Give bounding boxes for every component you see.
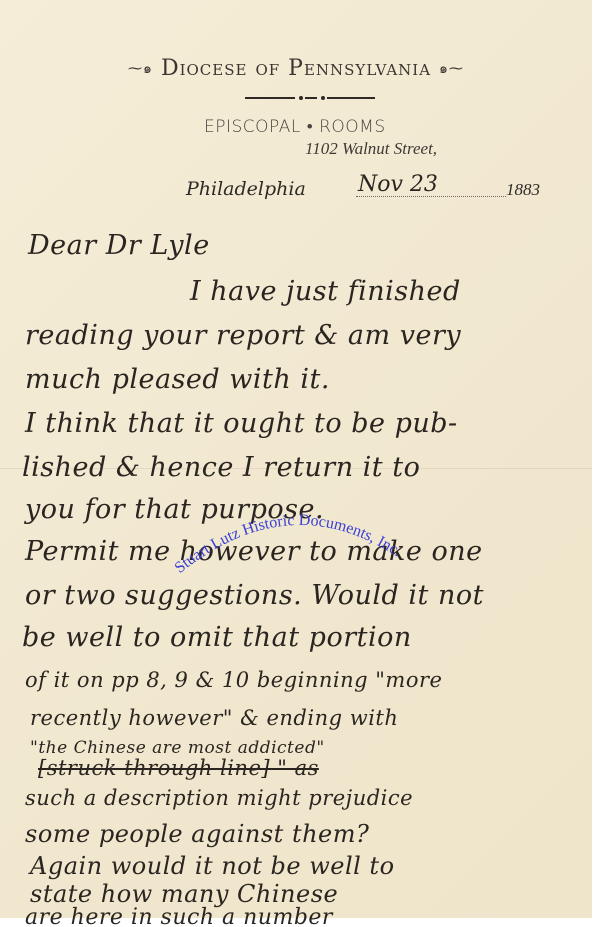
letter-line: are here in such a number [25, 905, 333, 927]
letterhead-subheading: EPISCOPAL • ROOMS [204, 117, 386, 137]
salutation: Dear Dr Lyle [28, 230, 210, 261]
letter-line: some people against them? [25, 820, 369, 848]
watermark-text: Stuart Lutz Historic Documents, Inc. [172, 512, 405, 577]
year: 1883 [506, 180, 540, 200]
dateline: Philadelphia Nov 23 1883 [186, 178, 546, 202]
letter-line: such a description might prejudice [25, 786, 413, 810]
letter-line: I have just finished [190, 276, 461, 307]
letter-line-struck: [struck-through line] " as [38, 756, 319, 780]
flourish-left-icon: ⁓๑ [128, 58, 153, 80]
letter-line: state how many Chinese [30, 880, 338, 908]
city-name: Philadelphia [186, 178, 306, 200]
svg-text:Stuart Lutz Historic Documents: Stuart Lutz Historic Documents, Inc. [172, 512, 405, 577]
handwritten-date: Nov 23 [358, 172, 438, 197]
diocese-name: Diocese of Pennsylvania [161, 56, 431, 81]
letter-line: I think that it ought to be pub- [25, 408, 458, 439]
flourish-right-icon: ๑⁓ [439, 58, 464, 80]
letter-line-insertion: "the Chinese are most addicted" [30, 738, 325, 758]
decorative-rule-icon [245, 96, 375, 99]
letter-line: Again would it not be well to [30, 852, 395, 880]
letter-line: lished & hence I return it to [22, 452, 420, 483]
letterhead-address: 1102 Walnut Street, [305, 139, 437, 159]
letter-line: be well to omit that portion [22, 622, 412, 653]
letter-line: reading your report & am very [25, 320, 461, 351]
letter-line: recently however" & ending with [30, 706, 398, 730]
letterhead-title: ⁓๑ Diocese of Pennsylvania ๑⁓ [0, 56, 592, 81]
letter-line: much pleased with it. [25, 364, 330, 395]
letter-page: ⁓๑ Diocese of Pennsylvania ๑⁓ EPISCOPAL … [0, 0, 592, 918]
letter-line: of it on pp 8, 9 & 10 beginning "more [25, 668, 442, 692]
watermark: Stuart Lutz Historic Documents, Inc. [170, 505, 430, 585]
